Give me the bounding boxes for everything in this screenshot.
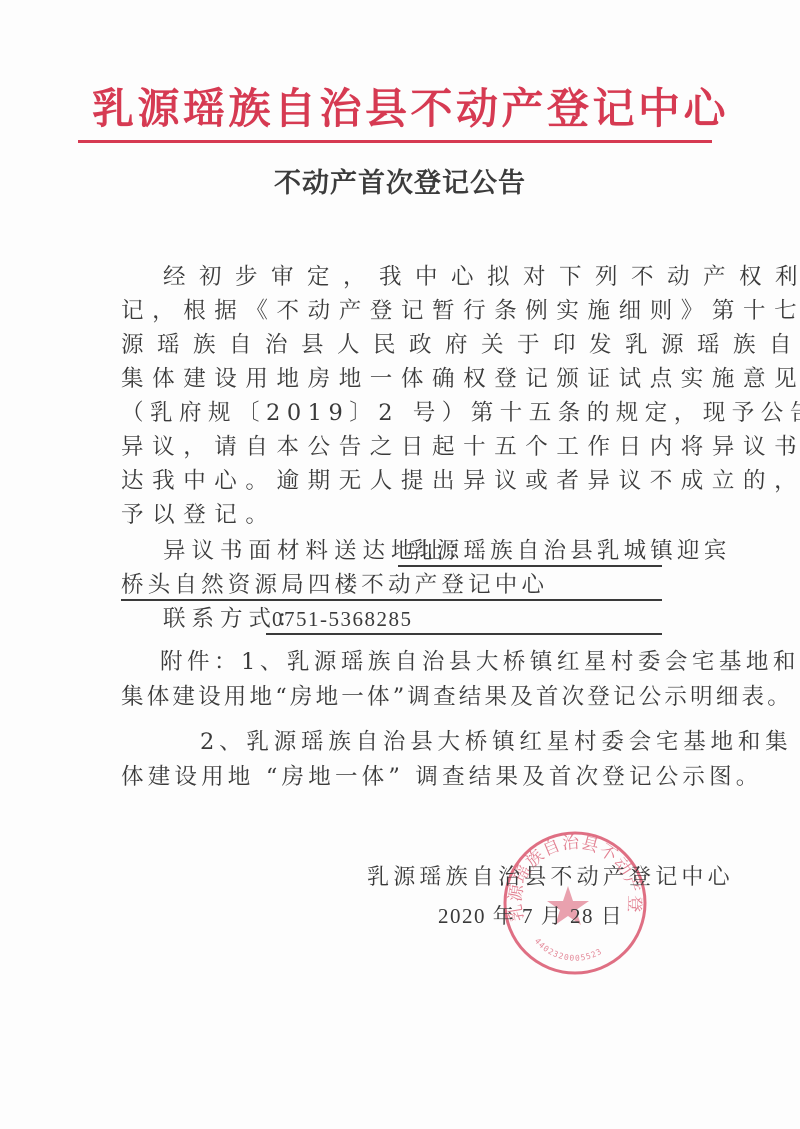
letterhead-red-rule bbox=[78, 140, 712, 143]
signature-issuer: 乳源瑶族自治县不动产登记中心 bbox=[367, 862, 734, 894]
svg-text:4402320005523: 4402320005523 bbox=[533, 937, 604, 963]
contact-underline bbox=[266, 633, 662, 635]
signature-date: 2020 年 7 月 28 日 bbox=[438, 900, 623, 932]
attachment-2-line2: 体建设用地 “房地一体” 调查结果及首次登记公示图。 bbox=[121, 760, 667, 795]
body-line: 源瑶族自治县人民政府关于印发乳源瑶族自治县宅基地和 bbox=[121, 328, 667, 362]
body-line: 集体建设用地房地一体确权登记颁证试点实施意见的通知》 bbox=[121, 362, 667, 396]
attachment-1-line2: 集体建设用地“房地一体”调查结果及首次登记公示明细表。 bbox=[121, 680, 667, 715]
contact-phone: 0751-5368285 bbox=[272, 602, 800, 636]
objection-address-value-line2: 桥头自然资源局四楼不动产登记中心 bbox=[121, 568, 667, 602]
body-line: 达我中心。逾期无人提出异议或者异议不成立的，我中心将 bbox=[121, 464, 667, 498]
seal-serial: 4402320005523 bbox=[533, 937, 604, 963]
body-line: 予以登记。 bbox=[121, 498, 667, 532]
body-line: （乳府规〔2019〕2 号）第十五条的规定，现予公告。如有 bbox=[121, 396, 667, 430]
attachment-2-line1: 2、乳源瑶族自治县大桥镇红星村委会宅基地和集 bbox=[200, 725, 746, 760]
objection-address-value-line1: 乳源瑶族自治县乳城镇迎宾 bbox=[410, 534, 800, 568]
address-underline-2 bbox=[121, 599, 662, 601]
document-title: 不动产首次登记公告 bbox=[0, 164, 800, 204]
address-underline-1 bbox=[398, 565, 662, 567]
body-line: 经初步审定，我中心拟对下列不动产权利予以首次登 bbox=[163, 260, 709, 294]
body-line: 异议，请自本公告之日起十五个工作日内将异议书面材料送 bbox=[121, 430, 667, 464]
document-page: 乳源瑶族自治县不动产登记中心 不动产首次登记公告 经初步审定，我中心拟对下列不动… bbox=[0, 0, 800, 1129]
attachment-1-line1: 1、乳源瑶族自治县大桥镇红星村委会宅基地和 bbox=[241, 649, 800, 675]
body-line: 记，根据《不动产登记暂行条例实施细则》第十七条和《乳 bbox=[121, 294, 667, 328]
letterhead-organization: 乳源瑶族自治县不动产登记中心 bbox=[92, 80, 712, 138]
attachments-label: 附件： bbox=[160, 649, 241, 675]
